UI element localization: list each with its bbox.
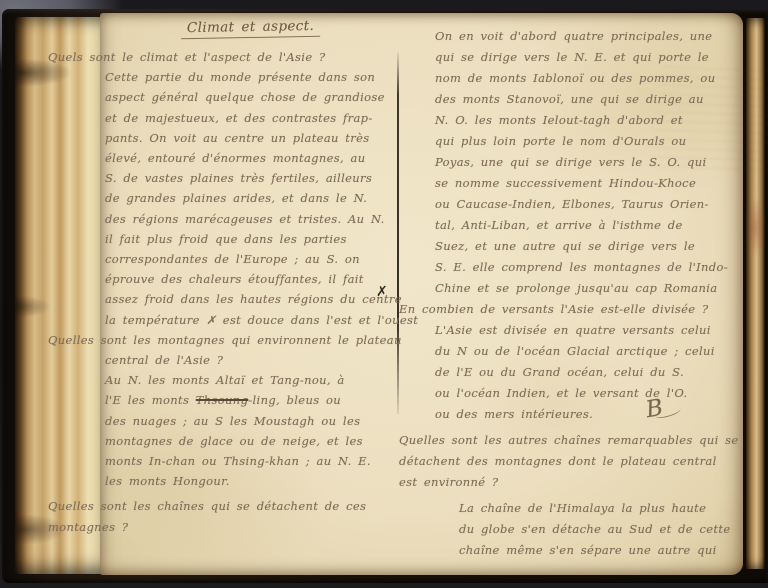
page-title: Climat et aspect. — [181, 18, 320, 39]
manuscript-line: ou Caucase-Indien, Elbones, Taurus Orien… — [435, 194, 751, 215]
manuscript-line: correspondantes de l'Europe ; au S. on — [105, 249, 396, 269]
line-segment: -ling, bleus ou — [248, 393, 341, 407]
manuscript-line: aspect général quelque chose de grandios… — [105, 87, 396, 107]
manuscript-line: de grandes plaines arides, et dans le N. — [105, 188, 396, 208]
manuscript-line: Quelles sont les chaînes qui se détachen… — [48, 496, 396, 516]
manuscript-line: se nomme successivement Hindou-Khoce — [435, 173, 751, 194]
manuscript-line: ou l'océan Indien, et le versant de l'O. — [435, 383, 751, 404]
manuscript-line: qui plus loin porte le nom d'Ourals ou — [435, 131, 751, 152]
manuscript-line: S. de vastes plaines très fertiles, aill… — [105, 168, 396, 188]
manuscript-line: et de majestueux, et des contrastes frap… — [105, 108, 396, 128]
manuscript-line: assez froid dans les hautes régions du c… — [105, 289, 396, 309]
manuscript-line: les monts Hongour. — [105, 471, 396, 491]
manuscript-line: pants. On voit au centre un plateau très — [105, 128, 396, 148]
manuscript-line: Au N. les monts Altaï et Tang-nou, à — [105, 370, 396, 390]
line-segment: l'E les monts — [105, 393, 196, 407]
manuscript-line: Quelles sont les autres chaînes remarqua… — [399, 430, 751, 451]
strikethrough-word: Thsoung — [196, 393, 249, 407]
manuscript-line: Suez, et une autre qui se dirige vers le — [435, 236, 751, 257]
manuscript-line: En combien de versants l'Asie est-elle d… — [399, 299, 751, 320]
manuscript-line: des régions marécageuses et tristes. Au … — [105, 209, 396, 229]
manuscript-line: N. O. les monts Ielout-tagh d'abord et — [435, 110, 751, 131]
manuscript-line: Quelles sont les montagnes qui environne… — [48, 330, 396, 350]
right-column: On en voit d'abord quatre principales, u… — [399, 26, 751, 561]
manuscript-line: central de l'Asie ? — [105, 350, 396, 370]
manuscript-photo: Climat et aspect. ✗ B Quels sont le clim… — [0, 0, 768, 588]
manuscript-line: S. E. elle comprend les montagnes de l'I… — [435, 257, 751, 278]
manuscript-line: détachent des montagnes dont le plateau … — [399, 451, 751, 472]
manuscript-line: nom de monts Iablonoï ou des pommes, ou — [435, 68, 751, 89]
manuscript-line: élevé, entouré d'énormes montagnes, au — [105, 148, 396, 168]
manuscript-line: Chine et se prolonge jusqu'au cap Romani… — [435, 278, 751, 299]
manuscript-line: l'E les monts Thsoung-ling, bleus ou — [105, 390, 396, 410]
manuscript-line: du globe s'en détache au Sud et de cette — [459, 519, 751, 540]
manuscript-line: On en voit d'abord quatre principales, u… — [435, 26, 751, 47]
manuscript-line: qui se dirige vers le N. E. et qui porte… — [435, 47, 751, 68]
manuscript-line: Quels sont le climat et l'aspect de l'As… — [48, 47, 396, 67]
manuscript-line: montagnes de glace ou de neige, et les — [105, 431, 396, 451]
manuscript-line: Cette partie du monde présente dans son — [105, 67, 396, 87]
manuscript-line: L'Asie est divisée en quatre versants ce… — [435, 320, 751, 341]
manuscript-line: de l'E ou du Grand océan, celui du S. — [435, 362, 751, 383]
manuscript-line: ou des mers intérieures. — [435, 404, 751, 425]
manuscript-line: il fait plus froid que dans les parties — [105, 229, 396, 249]
manuscript-line: La chaîne de l'Himalaya la plus haute — [459, 498, 751, 519]
manuscript-line: la température ✗ est douce dans l'est et… — [105, 310, 396, 330]
manuscript-line: tal, Anti-Liban, et arrive à l'isthme de — [435, 215, 751, 236]
manuscript-line: du N ou de l'océan Glacial arctique ; ce… — [435, 341, 751, 362]
manuscript-line: montagnes ? — [48, 517, 396, 537]
manuscript-line: est environné ? — [399, 472, 751, 493]
manuscript-line: chaîne même s'en sépare une autre qui — [459, 540, 751, 561]
left-column: Quels sont le climat et l'aspect de l'As… — [48, 47, 396, 537]
manuscript-line: des monts Stanovoï, une qui se dirige au — [435, 89, 751, 110]
manuscript-line: Poyas, une qui se dirige vers le S. O. q… — [435, 152, 751, 173]
manuscript-line: éprouve des chaleurs étouffantes, il fai… — [105, 269, 396, 289]
manuscript-line: des nuages ; au S les Moustagh ou les — [105, 411, 396, 431]
manuscript-line: monts In-chan ou Thsing-khan ; au N. E. — [105, 451, 396, 471]
